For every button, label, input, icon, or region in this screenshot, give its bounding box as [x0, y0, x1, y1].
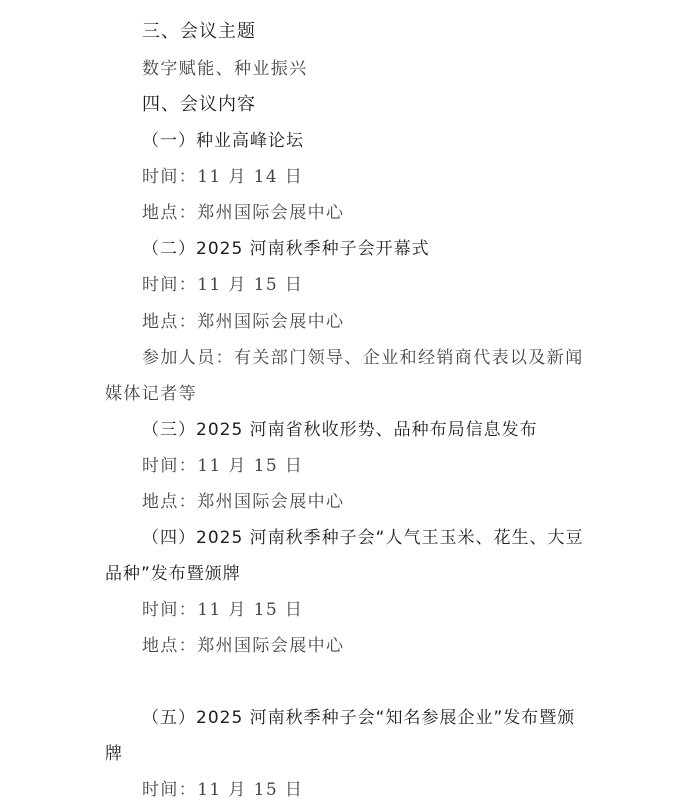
section-heading-content: 四、会议内容	[142, 94, 256, 116]
item-4-place: 地点：郑州国际会展中心	[142, 635, 344, 657]
item-3-time: 时间：11 月 15 日	[142, 455, 303, 477]
item-4-title: （四）2025 河南秋季种子会“人气王玉米、花生、大豆	[142, 527, 583, 549]
item-2-title: （二）2025 河南秋季种子会开幕式	[142, 238, 430, 260]
item-5-title: （五）2025 河南秋季种子会“知名参展企业”发布暨颁	[142, 707, 575, 729]
item-2-place: 地点：郑州国际会展中心	[142, 311, 344, 333]
item-1-place: 地点：郑州国际会展中心	[142, 202, 344, 224]
item-1-time: 时间：11 月 14 日	[142, 166, 303, 188]
item-2-time: 时间：11 月 15 日	[142, 274, 303, 296]
item-4-title-cont: 品种”发布暨颁牌	[105, 563, 241, 585]
item-5-time: 时间：11 月 15 日	[142, 779, 303, 801]
item-2-participants-cont: 媒体记者等	[105, 383, 197, 405]
item-3-title: （三）2025 河南省秋收形势、品种布局信息发布	[142, 419, 538, 441]
item-1-title: （一）种业高峰论坛	[142, 130, 304, 152]
section-heading-theme: 三、会议主题	[142, 21, 256, 43]
theme-text: 数字赋能、种业振兴	[142, 58, 308, 80]
item-2-participants: 参加人员：有关部门领导、企业和经销商代表以及新闻	[142, 347, 584, 369]
item-4-time: 时间：11 月 15 日	[142, 599, 303, 621]
item-3-place: 地点：郑州国际会展中心	[142, 491, 344, 513]
item-5-title-cont: 牌	[105, 743, 123, 765]
